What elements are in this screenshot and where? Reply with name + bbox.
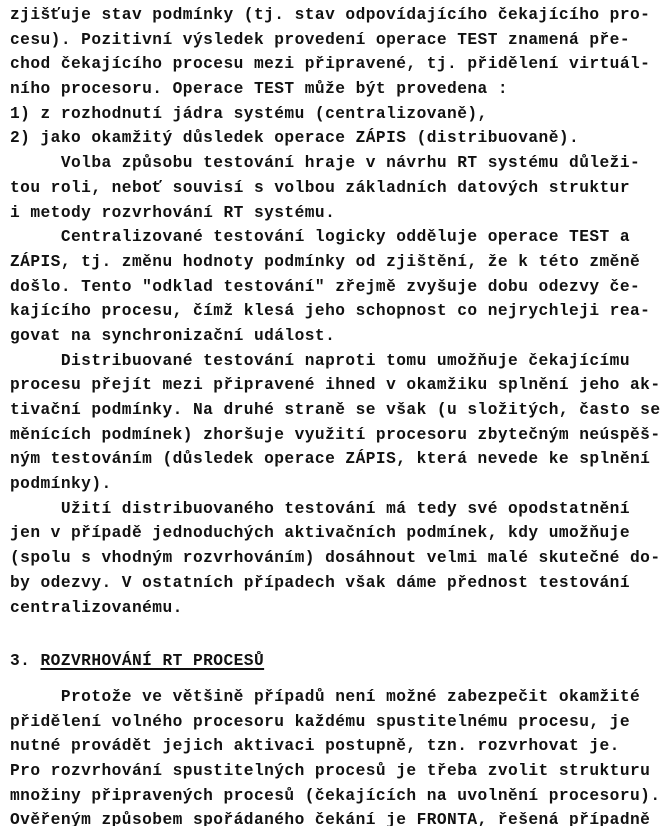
text-line: došlo. Tento "odklad testování" zřejmě z…: [10, 275, 664, 300]
text-line: ným testováním (důsledek operace ZÁPIS, …: [10, 447, 664, 472]
text-line: Pro rozvrhování spustitelných procesů je…: [10, 759, 664, 784]
text-line: cesu). Pozitivní výsledek provedení oper…: [10, 28, 664, 53]
text-line: Užití distribuovaného testování má tedy …: [10, 497, 664, 522]
text-line: ZÁPIS, tj. změnu hodnoty podmínky od zji…: [10, 250, 664, 275]
text-line: kajícího procesu, čímž klesá jeho schopn…: [10, 299, 664, 324]
paragraph-usage: Užití distribuovaného testování má tedy …: [10, 497, 664, 620]
section-number: 3.: [10, 652, 41, 670]
text-line: podmínky).: [10, 472, 664, 497]
text-line: tou roli, neboť souvisí s volbou základn…: [10, 176, 664, 201]
text-line: jen v případě jednoduchých aktivačních p…: [10, 521, 664, 546]
paragraph-volba: Volba způsobu testování hraje v návrhu R…: [10, 151, 664, 225]
text-line: přidělení volného procesoru každému spus…: [10, 710, 664, 735]
text-line: zjišťuje stav podmínky (tj. stav odpovíd…: [10, 3, 664, 28]
text-line: nutné provádět jejich aktivaci postupně,…: [10, 734, 664, 759]
text-line: Centralizované testování logicky odděluj…: [10, 225, 664, 250]
text-line: Volba způsobu testování hraje v návrhu R…: [10, 151, 664, 176]
text-line: (spolu s vhodným rozvrhováním) dosáhnout…: [10, 546, 664, 571]
text-line: centralizovanému.: [10, 596, 664, 621]
paragraph-distributed: Distribuované testování naproti tomu umo…: [10, 349, 664, 497]
paragraph-scheduling: Protože ve většině případů není možné za…: [10, 685, 664, 826]
list-item: 2) jako okamžitý důsledek operace ZÁPIS …: [10, 126, 664, 151]
text-line: tivační podmínky. Na druhé straně se vša…: [10, 398, 664, 423]
text-line: procesu přejít mezi připravené ihned v o…: [10, 373, 664, 398]
text-line: by odezvy. V ostatních případech však dá…: [10, 571, 664, 596]
paragraph-test-operation: zjišťuje stav podmínky (tj. stav odpovíd…: [10, 3, 664, 151]
text-line: i metody rozvrhování RT systému.: [10, 201, 664, 226]
text-line: Distribuované testování naproti tomu umo…: [10, 349, 664, 374]
text-line: govat na synchronizační událost.: [10, 324, 664, 349]
typewritten-page: zjišťuje stav podmínky (tj. stav odpovíd…: [10, 3, 664, 826]
text-line: Ověřeným způsobem spořádaného čekání je …: [10, 808, 664, 826]
section-heading: 3. ROZVRHOVÁNÍ RT PROCESŮ: [10, 645, 664, 677]
text-line: chod čekajícího procesu mezi připravené,…: [10, 52, 664, 77]
text-line: Protože ve většině případů není možné za…: [10, 685, 664, 710]
paragraph-centralized: Centralizované testování logicky odděluj…: [10, 225, 664, 348]
list-item: 1) z rozhodnutí jádra systému (centraliz…: [10, 102, 664, 127]
text-line: měnících podmínek) zhoršuje využití proc…: [10, 423, 664, 448]
text-line: ního procesoru. Operace TEST může být pr…: [10, 77, 664, 102]
text-line: množiny připravených procesů (čekajících…: [10, 784, 664, 809]
section-title: ROZVRHOVÁNÍ RT PROCESŮ: [41, 652, 265, 670]
